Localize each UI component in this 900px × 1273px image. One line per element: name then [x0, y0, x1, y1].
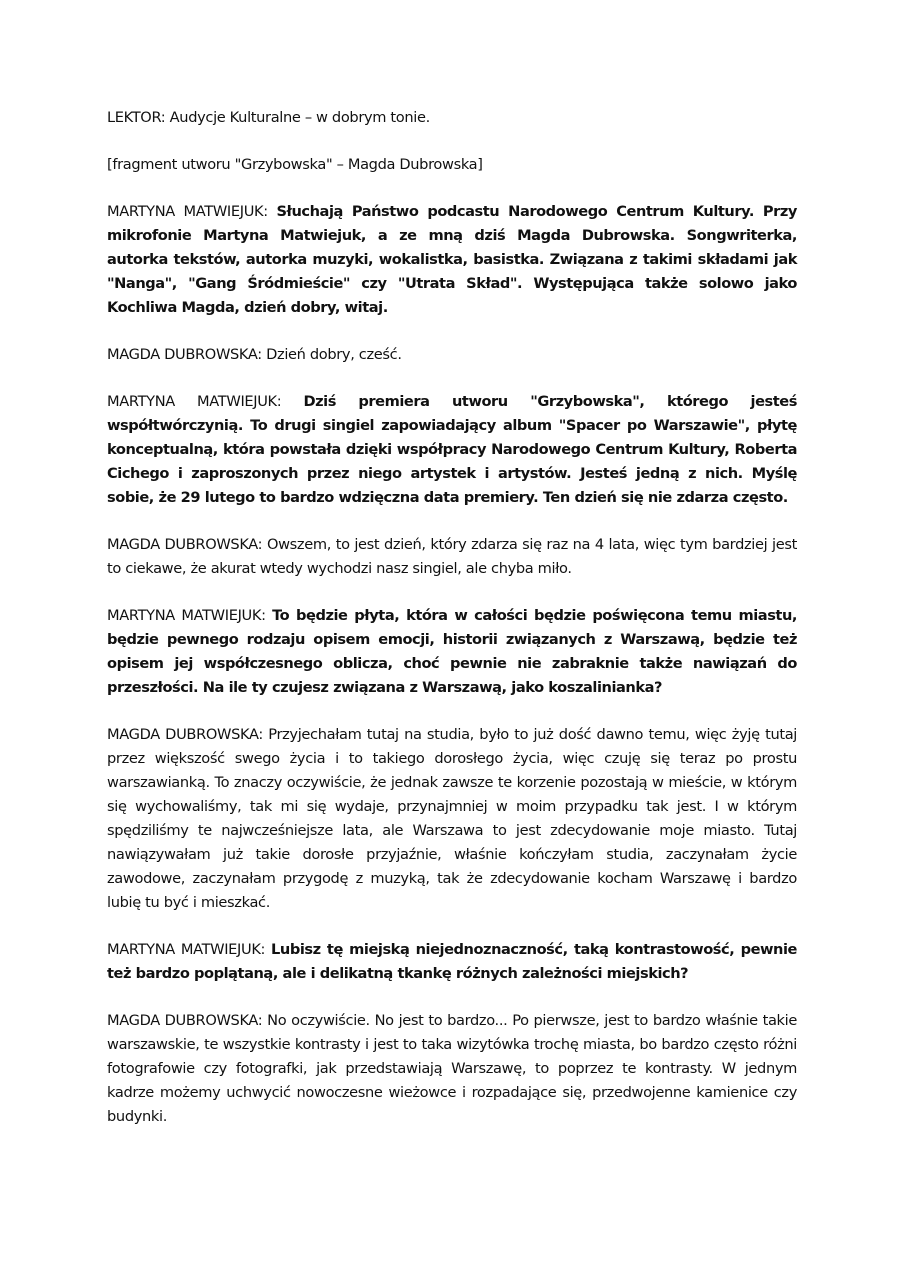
speaker-label: MAGDA DUBROWSKA:: [107, 1012, 262, 1029]
paragraph-text: Dzień dobry, cześć.: [266, 346, 401, 363]
paragraph-host-intro: MARTYNA MATWIEJUK: Słuchają Państwo podc…: [107, 200, 797, 320]
paragraph-guest-contrast-answer: MAGDA DUBROWSKA: No oczywiście. No jest …: [107, 1009, 797, 1129]
paragraph-guest-greeting: MAGDA DUBROWSKA: Dzień dobry, cześć.: [107, 343, 797, 367]
paragraph-text: [fragment utworu "Grzybowska" – Magda Du…: [107, 156, 483, 173]
paragraph-guest-warsaw-answer: MAGDA DUBROWSKA: Przyjechałam tutaj na s…: [107, 723, 797, 915]
speaker-label: MARTYNA MATWIEJUK:: [107, 607, 266, 624]
paragraph-host-contrast-question: MARTYNA MATWIEJUK: Lubisz tę miejską nie…: [107, 938, 797, 986]
speaker-label: MAGDA DUBROWSKA:: [107, 346, 262, 363]
speaker-label: LEKTOR:: [107, 109, 165, 126]
paragraph-text: Audycje Kulturalne – w dobrym tonie.: [170, 109, 430, 126]
speaker-label: MAGDA DUBROWSKA:: [107, 726, 263, 743]
paragraph-host-premiere: MARTYNA MATWIEJUK: Dziś premiera utworu …: [107, 390, 797, 510]
paragraph-text: Przyjechałam tutaj na studia, było to ju…: [107, 726, 797, 911]
speaker-label: MARTYNA MATWIEJUK:: [107, 393, 281, 410]
paragraph-music-fragment: [fragment utworu "Grzybowska" – Magda Du…: [107, 153, 797, 177]
paragraph-host-album-question: MARTYNA MATWIEJUK: To będzie płyta, któr…: [107, 604, 797, 700]
paragraph-lektor-intro: LEKTOR: Audycje Kulturalne – w dobrym to…: [107, 106, 797, 130]
speaker-label: MAGDA DUBROWSKA:: [107, 536, 262, 553]
transcript-page: LEKTOR: Audycje Kulturalne – w dobrym to…: [107, 106, 797, 1152]
speaker-label: MARTYNA MATWIEJUK:: [107, 203, 268, 220]
paragraph-guest-leap-day: MAGDA DUBROWSKA: Owszem, to jest dzień, …: [107, 533, 797, 581]
speaker-label: MARTYNA MATWIEJUK:: [107, 941, 265, 958]
